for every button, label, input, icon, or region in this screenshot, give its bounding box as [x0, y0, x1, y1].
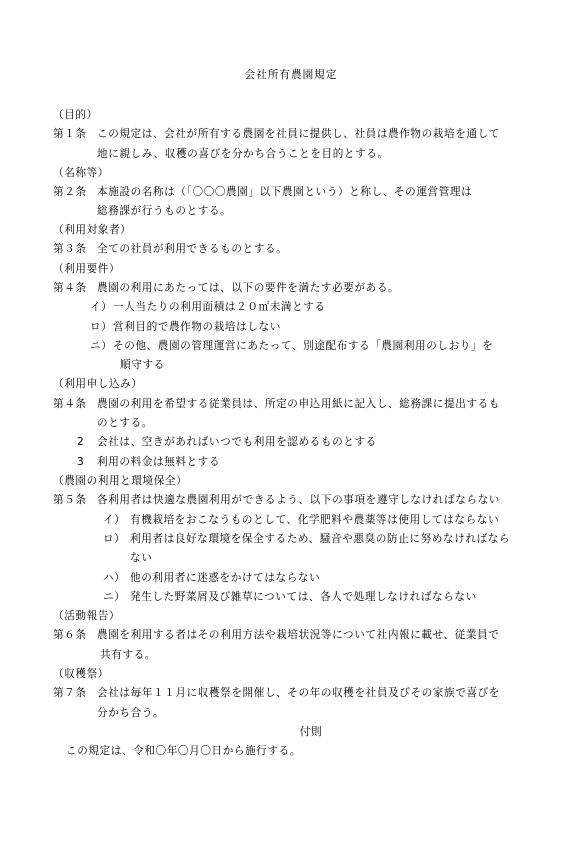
paragraph-text-2: 会社は、空きがあればいつでも利用を認めるものとする: [97, 435, 377, 449]
requirement-text-ro: 営利目的で農作物の栽培はしない: [113, 320, 281, 334]
rule-text-ro-cont: ない: [130, 551, 152, 565]
requirement-mark-i: イ）: [90, 300, 112, 314]
article-number-4: 第４条: [53, 281, 87, 295]
article-2-line-1: 本施設の名称は（「〇〇〇農園」以下農園という）と称し、その運営管理は: [97, 185, 472, 199]
paragraph-text-3: 利用の料金は無料とする: [97, 455, 220, 469]
article-number-3: 第３条: [53, 242, 87, 256]
article-4b-line-2: のとする。: [97, 416, 153, 430]
article-2-line-2: 総務課が行うものとする。: [97, 204, 231, 218]
section-heading-environment: （農園の利用と環境保全）: [53, 474, 187, 488]
article-4b-line-1: 農園の利用を希望する従業員は、所定の申込用紙に記入し、総務課に提出するも: [97, 397, 500, 411]
requirement-text-ni: その他、農園の管理運営にあたって、別途配布する「農園利用のしおり」を: [113, 339, 493, 353]
requirement-mark-ro: ロ）: [90, 320, 112, 334]
article-6-line-1: 農園を利用する者はその利用方法や栽培状況等について社内報に載せ、従業員で: [97, 628, 499, 642]
rule-text-i: 有機栽培をおこなうものとして、化学肥料や農薬等は使用してはならない: [130, 513, 499, 527]
article-6-line-2: 共有する。: [100, 648, 156, 662]
section-heading-name: （名称等）: [53, 166, 109, 180]
section-heading-application: （利用申し込み）: [53, 377, 143, 391]
article-3-line-1: 全ての社員が利用できるものとする。: [97, 242, 287, 256]
article-7-line-2: 分かち合う。: [97, 706, 164, 720]
paragraph-number-2: 2: [77, 435, 84, 449]
article-4-line-1: 農園の利用にあたっては、以下の要件を満たす必要がある。: [97, 281, 399, 295]
requirement-text-ni-cont: 順守する: [120, 358, 165, 372]
article-number-1: 第１条: [53, 127, 87, 141]
article-7-line-1: 会社は毎年１１月に収穫祭を開催し、その年の収穫を社員及びその家族で喜びを: [97, 686, 500, 700]
rule-text-ro: 利用者は良好な環境を保全するため、騒音や悪臭の防止に努めなければなら: [130, 532, 510, 546]
rule-text-ni: 発生した野菜屑及び雑草については、各人で処理しなければならない: [130, 590, 477, 604]
requirement-mark-ni: ニ）: [90, 339, 112, 353]
requirement-text-i: 一人当たりの利用面積は２０㎡未満とする: [113, 300, 326, 314]
document-title: 会社所有農園規定: [0, 68, 582, 82]
rule-mark-ro: ロ）: [103, 532, 125, 546]
section-heading-requirements: （利用要件）: [53, 262, 120, 276]
rule-mark-ni: ニ）: [103, 590, 125, 604]
section-heading-harvest: （収穫祭）: [53, 667, 109, 681]
article-5-line-1: 各利用者は快適な農園利用ができるよう、以下の事項を遵守しなければならない: [97, 493, 500, 507]
document-page: 会社所有農園規定 （目的） 第１条 この規定は、会社が所有する農園を社員に提供し…: [0, 0, 582, 842]
rule-mark-ha: ハ）: [103, 571, 125, 585]
paragraph-number-3: 3: [77, 455, 84, 469]
rule-text-ha: 他の利用者に迷惑をかけてはならない: [130, 571, 320, 585]
article-number-4b: 第４条: [53, 397, 87, 411]
section-heading-eligibility: （利用対象者）: [53, 223, 131, 237]
supplementary-text: この規定は、令和〇年〇月〇日から施行する。: [66, 744, 301, 758]
section-heading-purpose: （目的）: [53, 108, 98, 122]
article-1-line-1: この規定は、会社が所有する農園を社員に提供し、社員は農作物の栽培を通して: [97, 127, 500, 141]
supplementary-heading: 付則: [20, 725, 582, 739]
article-number-5: 第５条: [53, 493, 87, 507]
article-number-2: 第２条: [53, 185, 87, 199]
article-1-line-2: 地に親しみ、収穫の喜びを分かち合うことを目的とする。: [97, 147, 389, 161]
rule-mark-i: イ）: [103, 513, 125, 527]
article-number-6: 第６条: [53, 628, 87, 642]
article-number-7: 第７条: [53, 686, 87, 700]
section-heading-report: （活動報告）: [53, 609, 120, 623]
